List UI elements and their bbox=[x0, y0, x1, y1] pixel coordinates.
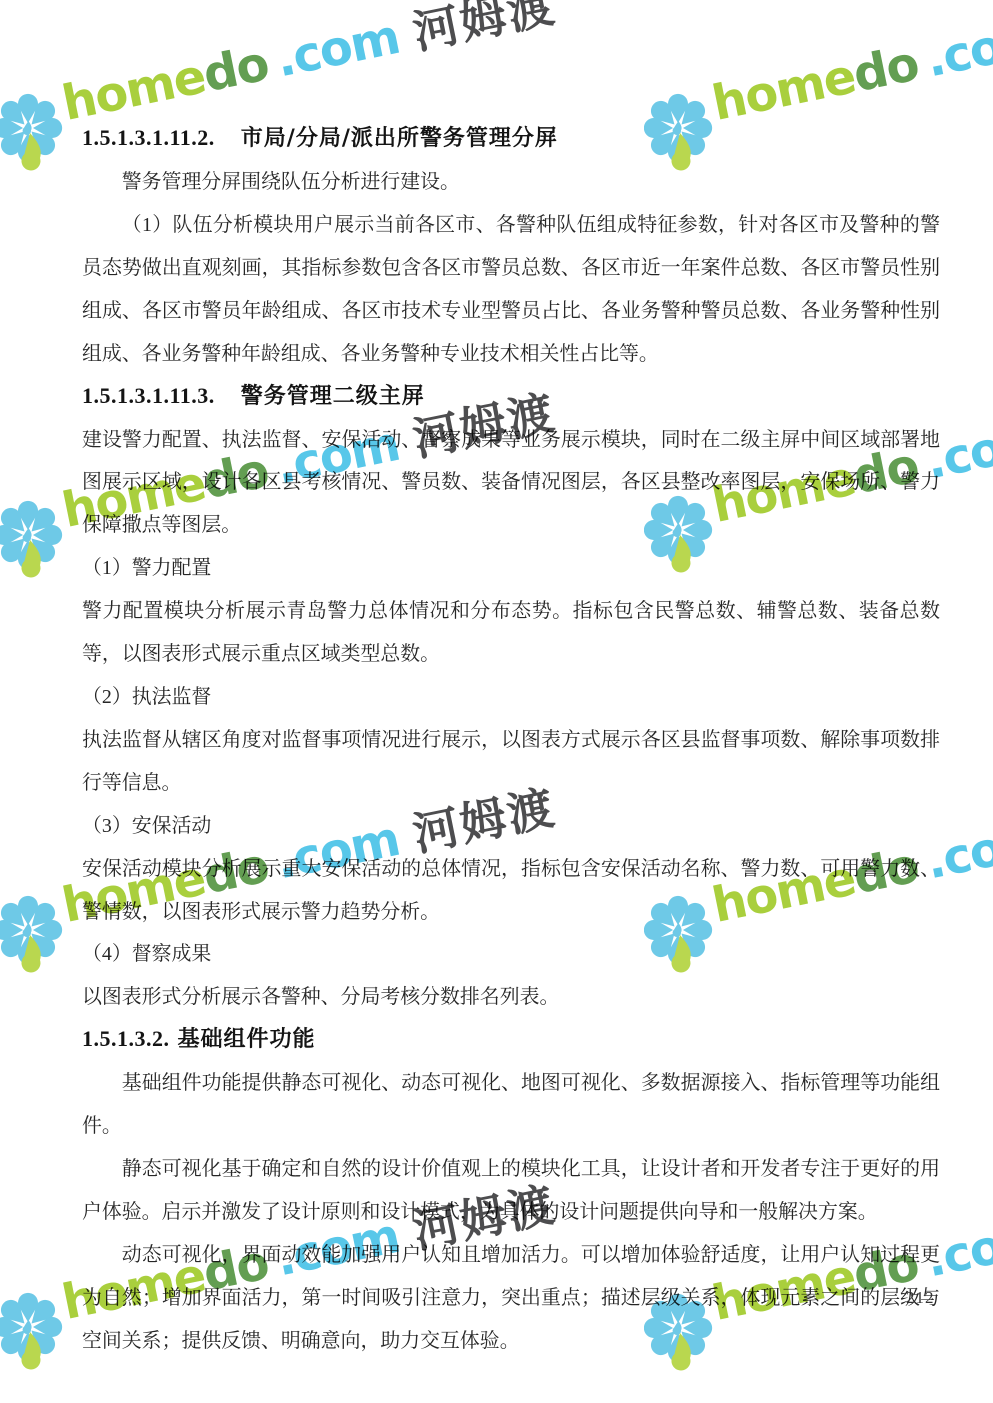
section-heading-number: 1.5.1.3.1.11.3. bbox=[82, 380, 215, 412]
paragraph: （4）督察成果 bbox=[82, 933, 940, 976]
paragraph: （3）安保活动 bbox=[82, 805, 940, 848]
paragraph: （2）执法监督 bbox=[82, 676, 940, 719]
document-body: 1.5.1.3.1.11.2.市局/分局/派出所警务管理分屏警务管理分屏围绕队伍… bbox=[82, 118, 940, 1363]
homedo-wordmark-dotcom: .com bbox=[271, 9, 403, 89]
paragraph: 基础组件功能提供静态可视化、动态可视化、地图可视化、多数据源接入、指标管理等功能… bbox=[82, 1062, 940, 1148]
paragraph: 以图表形式分析展示各警种、分局考核分数排名列表。 bbox=[82, 976, 940, 1019]
homedo-flower-logo-icon bbox=[0, 92, 66, 184]
homedo-flower-logo-icon bbox=[0, 499, 66, 591]
page-number: 212 bbox=[906, 1288, 956, 1308]
section-heading-title: 基础组件功能 bbox=[178, 1024, 316, 1056]
paragraph: 建设警力配置、执法监督、安保活动、督察成果等业务展示模块，同时在二级主屏中间区域… bbox=[82, 419, 940, 548]
paragraph: （1）队伍分析模块用户展示当前各区市、各警种队伍组成特征参数，针对各区市及警种的… bbox=[82, 204, 940, 376]
section-heading-title: 警务管理二级主屏 bbox=[241, 381, 425, 413]
section-heading-number: 1.5.1.3.2. bbox=[82, 1023, 170, 1055]
paragraph: 静态可视化基于确定和自然的设计价值观上的模块化工具，让设计者和开发者专注于更好的… bbox=[82, 1148, 940, 1234]
paragraph: 安保活动模块分析展示重大安保活动的总体情况，指标包含安保活动名称、警力数、可用警… bbox=[82, 848, 940, 934]
homedo-wordmark: homedo.com河姆渡 bbox=[708, 0, 993, 128]
section-heading: 1.5.1.3.1.11.2.市局/分局/派出所警务管理分屏 bbox=[82, 122, 940, 155]
homedo-wordmark-do: do bbox=[198, 36, 272, 104]
paragraph: 警务管理分屏围绕队伍分析进行建设。 bbox=[82, 161, 940, 204]
homedo-wordmark: homedo.com河姆渡 bbox=[58, 0, 559, 128]
section-heading-title: 市局/分局/派出所警务管理分屏 bbox=[241, 123, 558, 155]
homedo-flower-logo-icon bbox=[0, 1291, 66, 1383]
homedo-cn-stamp: 河姆渡 bbox=[408, 0, 560, 60]
section-heading: 1.5.1.3.2.基础组件功能 bbox=[82, 1023, 940, 1056]
section-heading-number: 1.5.1.3.1.11.2. bbox=[82, 122, 215, 154]
scanned-document-page: 1.5.1.3.1.11.2.市局/分局/派出所警务管理分屏警务管理分屏围绕队伍… bbox=[0, 0, 993, 1403]
homedo-wordmark-do: do bbox=[848, 36, 922, 104]
paragraph: （1）警力配置 bbox=[82, 547, 940, 590]
section-heading: 1.5.1.3.1.11.3.警务管理二级主屏 bbox=[82, 380, 940, 413]
paragraph: 警力配置模块分析展示青岛警力总体情况和分布态势。指标包含民警总数、辅警总数、装备… bbox=[82, 590, 940, 676]
homedo-flower-logo-icon bbox=[0, 894, 66, 986]
paragraph: 执法监督从辖区角度对监督事项情况进行展示，以图表方式展示各区县监督事项数、解除事… bbox=[82, 719, 940, 805]
homedo-wordmark-dotcom: .com bbox=[921, 9, 993, 89]
paragraph: 动态可视化，界面动效能加强用户认知且增加活力。可以增加体验舒适度，让用户认知过程… bbox=[82, 1234, 940, 1363]
